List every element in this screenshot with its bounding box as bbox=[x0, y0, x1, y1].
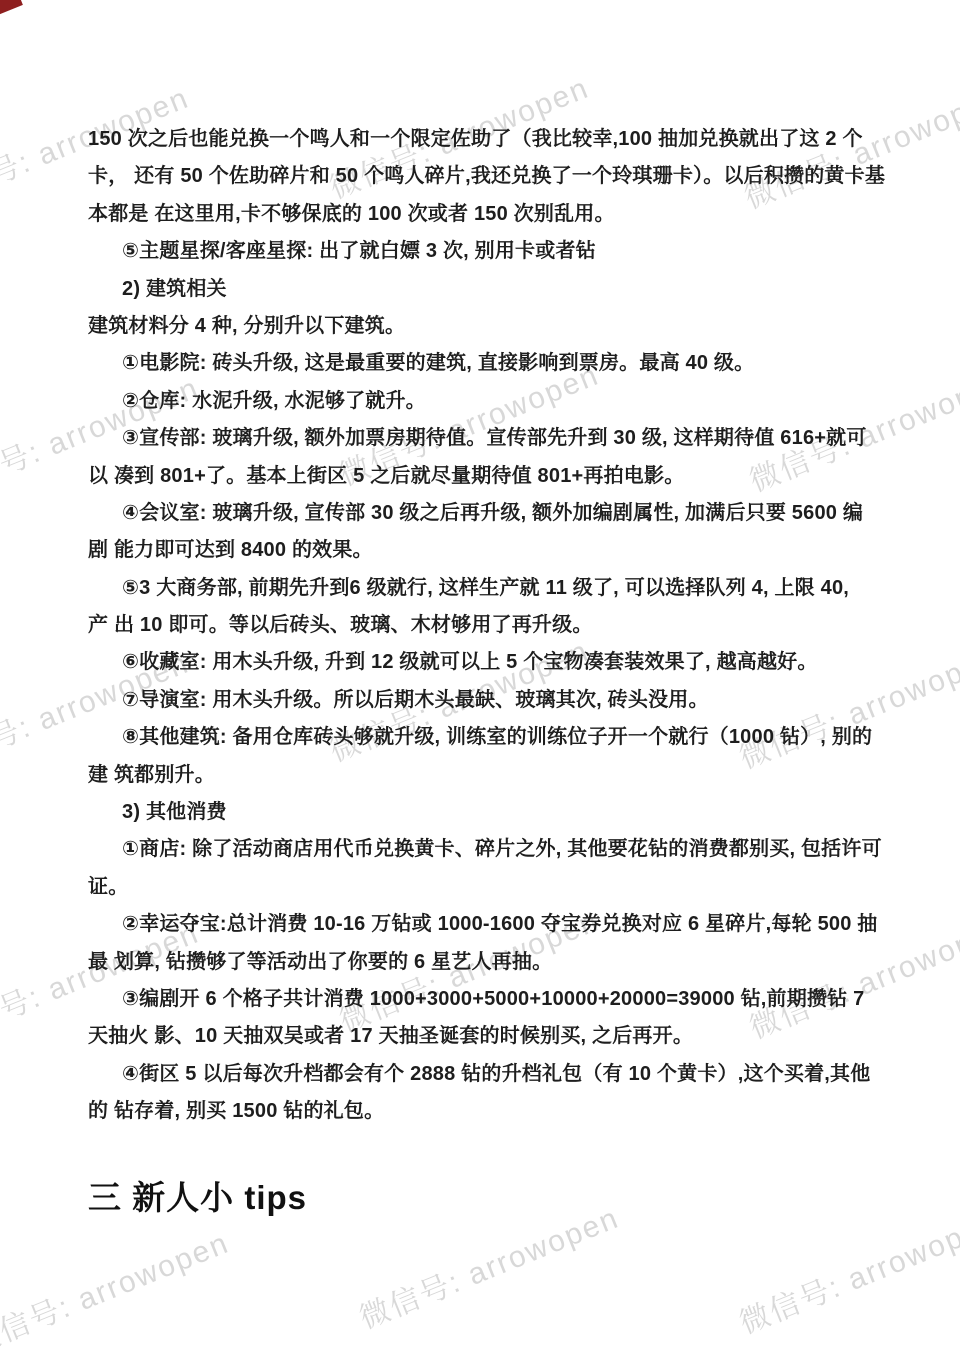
text-line: 的 钻存着, 别买 1500 钻的礼包。 bbox=[88, 1093, 880, 1130]
corner-red-mark bbox=[0, 0, 23, 18]
text-line: 证。 bbox=[88, 869, 880, 906]
text-line: ①电影院: 砖头升级, 这是最重要的建筑, 直接影响到票房。最高 40 级。 bbox=[88, 345, 880, 382]
text-line: ④会议室: 玻璃升级, 宣传部 30 级之后再升级, 额外加编剧属性, 加满后只… bbox=[88, 495, 880, 532]
text-line: 建 筑都别升。 bbox=[88, 757, 880, 794]
text-line: ⑦导演室: 用木头升级。所以后期木头最缺、玻璃其次, 砖头没用。 bbox=[88, 682, 880, 719]
text-line: 150 次之后也能兑换一个鸣人和一个限定佐助了（我比较幸,100 抽加兑换就出了… bbox=[88, 121, 880, 158]
text-line: ①商店: 除了活动商店用代币兑换黄卡、碎片之外, 其他要花钻的消费都别买, 包括… bbox=[88, 831, 880, 868]
text-line: ④街区 5 以后每次升档都会有个 2888 钻的升档礼包（有 10 个黄卡）,这… bbox=[88, 1056, 880, 1093]
text-line: 本都是 在这里用,卡不够保底的 100 次或者 150 次别乱用。 bbox=[88, 196, 880, 233]
text-line: 剧 能力即可达到 8400 的效果。 bbox=[88, 532, 880, 569]
text-line: ⑧其他建筑: 备用仓库砖头够就升级, 训练室的训练位子开一个就行（1000 钻）… bbox=[88, 719, 880, 756]
text-line: 建筑材料分 4 种, 分别升以下建筑。 bbox=[88, 308, 880, 345]
text-line: 2) 建筑相关 bbox=[88, 271, 880, 308]
document-content: 150 次之后也能兑换一个鸣人和一个限定佐助了（我比较幸,100 抽加兑换就出了… bbox=[88, 121, 880, 1131]
watermark-text: 微信号: arrowopen bbox=[732, 1198, 960, 1342]
text-line: 天抽火 影、10 天抽双吴或者 17 天抽圣诞套的时候别买, 之后再开。 bbox=[88, 1018, 880, 1055]
text-line: 3) 其他消费 bbox=[88, 794, 880, 831]
text-line: 卡， 还有 50 个佐助碎片和 50 个鸣人碎片,我还兑换了一个玲琪珊卡）。以后… bbox=[88, 158, 880, 195]
section-heading: 三 新人小 tips bbox=[88, 1172, 307, 1219]
text-line: ②幸运夺宝:总计消费 10-16 万钻或 1000-1600 夺宝券兑换对应 6… bbox=[88, 906, 880, 943]
text-line: ③宣传部: 玻璃升级, 额外加票房期待值。宣传部先升到 30 级, 这样期待值 … bbox=[88, 420, 880, 457]
text-line: ③编剧开 6 个格子共计消费 1000+3000+5000+10000+2000… bbox=[88, 981, 880, 1018]
text-line: 产 出 10 即可。等以后砖头、玻璃、木材够用了再升级。 bbox=[88, 607, 880, 644]
text-line: 最 划算, 钻攒够了等活动出了你要的 6 星艺人再抽。 bbox=[88, 944, 880, 981]
watermark-text: 微信号: arrowopen bbox=[352, 1193, 625, 1337]
text-line: ⑤主题星探/客座星探: 出了就白嫖 3 次, 别用卡或者钻 bbox=[88, 233, 880, 270]
text-line: ⑤3 大商务部, 前期先升到6 级就行, 这样生产就 11 级了, 可以选择队列… bbox=[88, 570, 880, 607]
watermark-text: 微信号: arrowopen bbox=[0, 1218, 235, 1358]
text-line: ②仓库: 水泥升级, 水泥够了就升。 bbox=[88, 383, 880, 420]
text-line: ⑥收藏室: 用木头升级, 升到 12 级就可以上 5 个宝物凑套装效果了, 越高… bbox=[88, 644, 880, 681]
text-line: 以 凑到 801+了。基本上街区 5 之后就尽量期待值 801+再拍电影。 bbox=[88, 458, 880, 495]
